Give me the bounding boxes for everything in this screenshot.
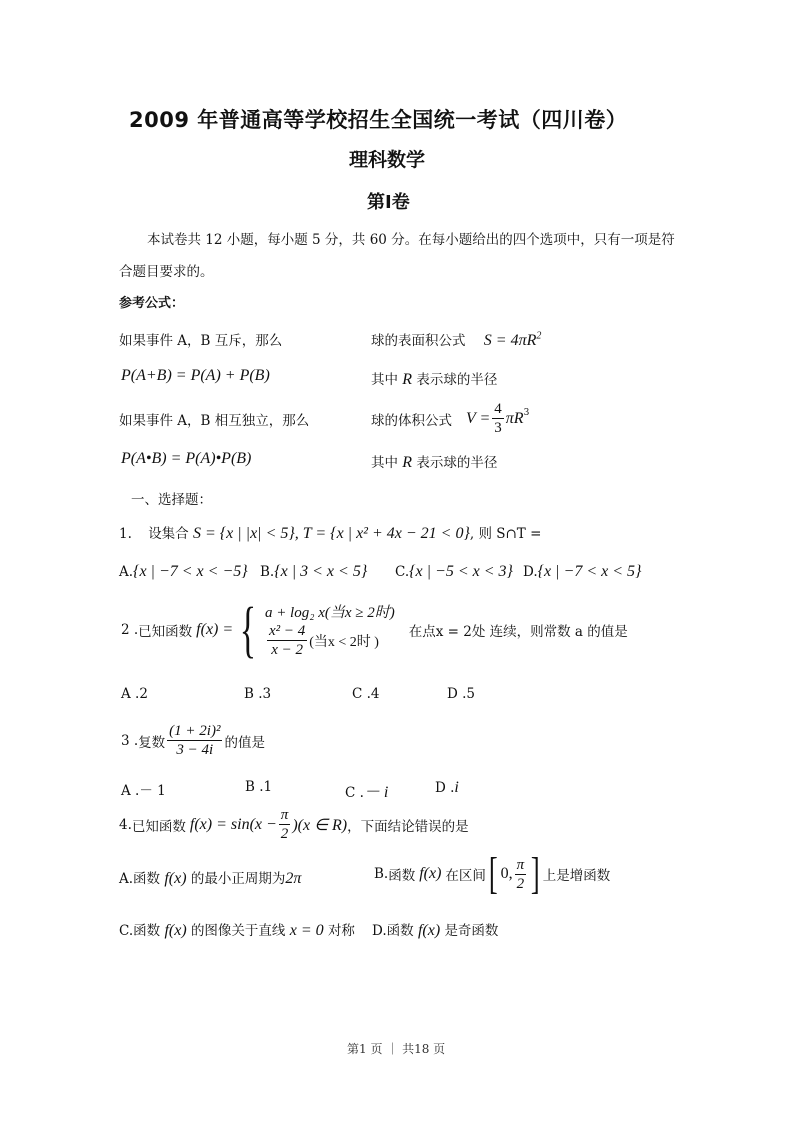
radius-symbol: R (402, 371, 412, 388)
option-text: i (454, 779, 458, 796)
option-tail: 2π (285, 870, 301, 887)
question-number: 2 . (121, 622, 138, 638)
intro-line-1: 本试卷共 12 小题，每小题 5 分，共 60 分。在每小题给出的四个选项中，只… (147, 228, 675, 248)
option-label: D. (372, 923, 387, 939)
fraction-denominator: 2 (279, 825, 291, 843)
case-2-fraction: x² − 4 x − 2 (267, 622, 307, 659)
case-1: a + log₂ x(当x ≥ 2时) (265, 601, 395, 622)
option-math: f(x) (164, 922, 186, 939)
option-c[interactable]: C .4 (352, 686, 380, 702)
option-text: {x | 3 < x < 5} (274, 563, 367, 580)
radius-note-pre: 其中 (371, 455, 398, 471)
fraction-denominator: 3 (492, 419, 504, 437)
radius-note-pre: 其中 (371, 372, 398, 388)
question-4-option-b[interactable]: B.函数 f(x) 在区间 [ 0, π 2 ] 上是增函数 (374, 852, 610, 896)
fraction-numerator: π (279, 806, 291, 825)
option-label: C. (395, 564, 409, 580)
option-tail: 上是增函数 (543, 864, 611, 884)
option-label: C. (119, 923, 133, 939)
intro-line-2: 合题目要求的。 (119, 260, 214, 280)
function-lhs: f(x) = sin(x − (190, 816, 277, 834)
option-math: f(x) (164, 870, 186, 887)
option-label: B. (374, 866, 388, 882)
question-stem-prefix: 已知函数 (132, 815, 186, 835)
option-a[interactable]: A .－ 1 (121, 779, 166, 799)
option-a[interactable]: A.{x | −7 < x < −5} (119, 563, 248, 581)
formula-left-2: P(A+B) = P(A) + P(B) (121, 367, 270, 385)
option-text: {x | −7 < x < 5} (538, 563, 642, 580)
option-text: － i (364, 784, 388, 801)
option-text: 5 (466, 686, 475, 702)
option-label: A . (121, 686, 139, 702)
interval-fraction: π 2 (515, 856, 527, 893)
exam-subtitle: 理科数学 (349, 145, 425, 172)
option-label: A. (119, 564, 133, 580)
right-bracket: ] (531, 852, 540, 896)
function-name: f(x) = (196, 621, 233, 639)
option-text-post: 在区间 (445, 864, 486, 884)
question-stem-prefix: 设集合 (148, 526, 189, 542)
formula-sphere-volume: 球的体积公式 V = 4 3 πR3 (371, 400, 529, 437)
option-text: 2 (139, 686, 148, 702)
radius-note-post: 表示球的半径 (416, 455, 497, 471)
pi-over-2-fraction: π 2 (279, 806, 291, 843)
option-math: f(x) (418, 922, 440, 939)
question-stem-suffix: ，下面结论错误的是 (347, 815, 469, 835)
option-label: C . (352, 686, 371, 702)
question-4-option-d[interactable]: D.函数 f(x) 是奇函数 (372, 919, 498, 940)
option-text: {x | −7 < x < −5} (133, 563, 248, 580)
piecewise-brace: { (240, 599, 256, 661)
option-text-post: 的图像关于直线 (191, 923, 286, 939)
option-text-pre: 函数 (133, 871, 160, 887)
option-b[interactable]: B .3 (244, 686, 271, 702)
formula-left-4: P(A•B) = P(A)•P(B) (121, 450, 251, 468)
option-b[interactable]: B .1 (245, 779, 272, 795)
case-2-condition: (当x < 2时 ) (309, 631, 379, 651)
option-text: 4 (371, 686, 380, 702)
page-footer: 第1 页 ｜ 共18 页 (347, 1040, 445, 1057)
sphere-area-expr: S = 4πR (484, 332, 537, 349)
question-stem-suffix: , 则 S∩T = (470, 526, 542, 542)
formula-radius-note-1: 其中 R 表示球的半径 (371, 368, 497, 389)
option-label: C . (345, 785, 364, 801)
formula-left-3: 如果事件 A，B 相互独立，那么 (119, 409, 309, 429)
option-label: A. (119, 871, 133, 887)
sphere-area-label: 球的表面积公式 (371, 333, 466, 349)
question-number: 4. (119, 817, 132, 833)
question-number: 1. (119, 526, 132, 542)
question-4-option-c[interactable]: C.函数 f(x) 的图像关于直线 x = 0 对称 (119, 919, 355, 940)
option-text-pre: 函数 (133, 923, 160, 939)
question-4: 4. 已知函数 f(x) = sin(x − π 2 )(x ∈ R) ，下面结… (119, 806, 469, 843)
question-stem-suffix: 在点x = 2处 连续，则常数 a 的值是 (409, 620, 628, 640)
sphere-volume-rhs: πR (506, 410, 524, 428)
sphere-area-formula: S = 4πR2 (484, 332, 542, 349)
option-text-post: 是奇函数 (444, 923, 498, 939)
question-stem-suffix: 的值是 (224, 731, 265, 751)
exam-title: 2009 年普通高等学校招生全国统一考试（四川卷） (129, 104, 627, 134)
sphere-volume-label: 球的体积公式 (371, 409, 452, 429)
option-tail-math: x = 0 (290, 922, 324, 939)
formulas-heading: 参考公式： (119, 292, 184, 311)
left-bracket: [ (489, 852, 498, 896)
fraction-denominator: 2 (515, 875, 527, 893)
formula-left-1: 如果事件 A，B 互斥，那么 (119, 329, 282, 349)
exam-part: 第Ⅰ卷 (367, 188, 410, 214)
question-stem-prefix: 复数 (138, 731, 165, 751)
sphere-area-exponent: 2 (536, 331, 541, 342)
formula-sphere-area-label: 球的表面积公式 S = 4πR2 (371, 329, 541, 350)
option-label: A . (121, 783, 139, 799)
option-label: B . (244, 686, 263, 702)
option-label: B . (245, 779, 264, 795)
option-text: 3 (263, 686, 272, 702)
piecewise-cases: a + log₂ x(当x ≥ 2时) x² − 4 x − 2 (当x < 2… (265, 601, 395, 659)
option-c[interactable]: C .－ i (345, 779, 388, 802)
fraction-denominator: 3 − 4i (174, 741, 215, 759)
option-text-pre: 函数 (387, 923, 414, 939)
sphere-volume-fraction: 4 3 (492, 400, 504, 437)
option-text: {x | −5 < x < 3} (409, 563, 513, 580)
radius-note-post: 表示球的半径 (416, 372, 497, 388)
interval-left: 0, (501, 865, 513, 883)
option-label: D. (523, 564, 538, 580)
option-text-pre: 函数 (388, 864, 415, 884)
formula-radius-note-2: 其中 R 表示球的半径 (371, 451, 497, 472)
question-stem-math: S = {x | |x| < 5}, T = {x | x² + 4x − 21… (193, 525, 470, 542)
fraction-denominator: x − 2 (269, 641, 305, 659)
question-4-option-a[interactable]: A.函数 f(x) 的最小正周期为2π (119, 867, 301, 888)
option-d[interactable]: D.{x | −7 < x < 5} (523, 563, 641, 581)
fraction-numerator: π (515, 856, 527, 875)
option-text: － 1 (139, 783, 165, 799)
question-stem-prefix: 已知函数 (138, 620, 192, 640)
function-rhs: )(x ∈ R) (292, 815, 347, 835)
option-d[interactable]: D .i (435, 779, 459, 797)
question-2: 2 . 已知函数 f(x) = { a + log₂ x(当x ≥ 2时) x²… (121, 599, 628, 661)
option-text: 1 (264, 779, 273, 795)
complex-fraction: (1 + 2i)² 3 − 4i (167, 722, 222, 759)
radius-symbol: R (402, 454, 412, 471)
fraction-numerator: 4 (492, 400, 504, 419)
option-text-post: 的最小正周期为 (191, 871, 286, 887)
option-tail: 对称 (328, 923, 355, 939)
option-label: D . (435, 780, 454, 796)
sphere-volume-lhs: V = (466, 410, 490, 428)
option-label: B. (260, 564, 274, 580)
fraction-numerator: x² − 4 (267, 622, 307, 641)
section-heading: 一、选择题： (131, 488, 212, 508)
option-a[interactable]: A .2 (121, 686, 148, 702)
case-2: x² − 4 x − 2 (当x < 2时 ) (265, 622, 395, 659)
option-math: f(x) (419, 865, 441, 883)
option-d[interactable]: D .5 (447, 686, 475, 702)
option-label: D . (447, 686, 466, 702)
option-b[interactable]: B.{x | 3 < x < 5} (260, 563, 367, 581)
option-c[interactable]: C.{x | −5 < x < 3} (395, 563, 513, 581)
fraction-numerator: (1 + 2i)² (167, 722, 222, 741)
question-1: 1. 设集合 S = {x | |x| < 5}, T = {x | x² + … (119, 522, 541, 543)
question-3: 3 . 复数 (1 + 2i)² 3 − 4i 的值是 (121, 722, 265, 759)
question-number: 3 . (121, 733, 138, 749)
